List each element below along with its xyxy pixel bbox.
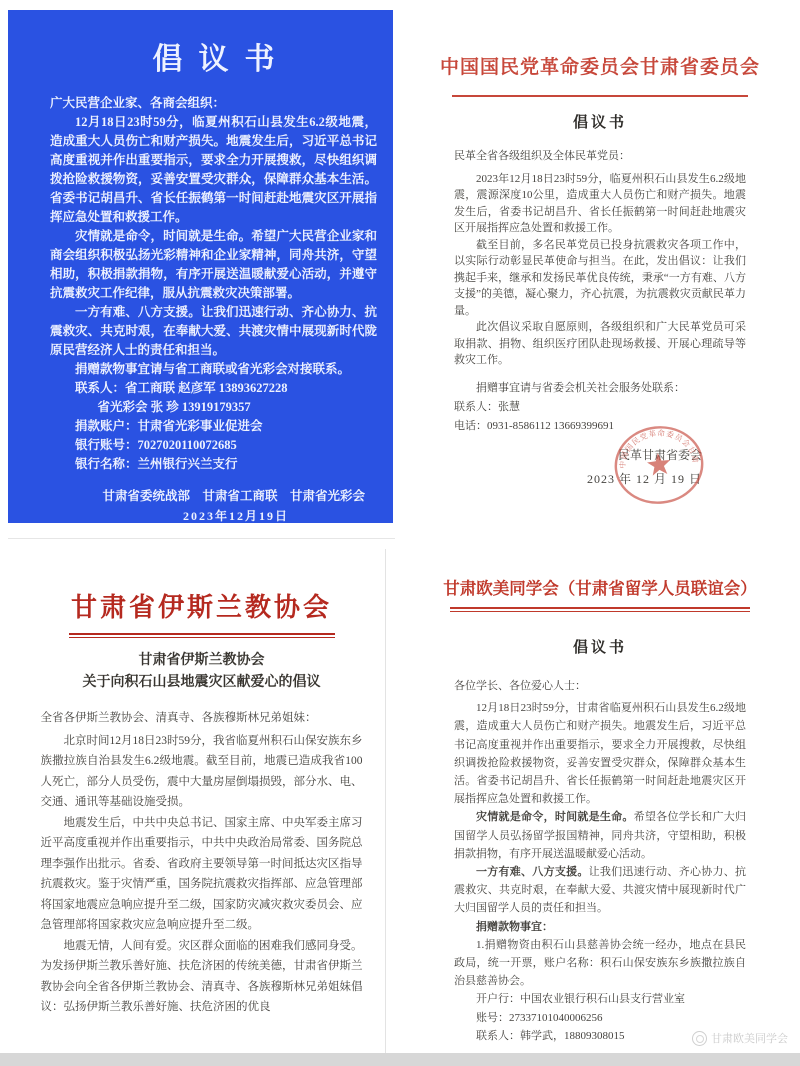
paragraph: 截至目前，多名民革党员已投身抗震救灾各项工作中，以实际行动彰显民革使命与担当。在… bbox=[454, 237, 746, 320]
paragraph: 此次倡议采取自愿原则，各级组织和广大民革党员可采取捐款、捐物、组织医疗团队赴现场… bbox=[454, 319, 746, 369]
contact-line: 省光彩会 张 珍 13919179357 bbox=[50, 398, 377, 417]
doc1-body: 广大民营企业家、各商会组织： 12月18日23时59分，临夏州积石山县发生6.2… bbox=[50, 94, 377, 474]
paragraph: 12月18日23时59分，临夏州积石山县发生6.2级地震，造成重大人员伤亡和财产… bbox=[50, 113, 377, 227]
paragraph-text: 1.捐赠物资由积石山县慈善协会统一经办，地点在县民政局，统一开票，账户名称：积石… bbox=[454, 939, 746, 987]
paragraph: 2023年12月18日23时59分，临夏州积石山县发生6.2级地震，震源深度10… bbox=[454, 171, 746, 237]
account-line: 账号：27337101040006256 bbox=[454, 1009, 746, 1027]
doc-oumei-letter: 甘肃欧美同学会（甘肃省留学人员联谊会） 倡议书 各位学长、各位爱心人士： 12月… bbox=[400, 533, 800, 1066]
doc3-salutation: 全省各伊斯兰教协会、清真寺、各族穆斯林兄弟姐妹： bbox=[41, 708, 363, 729]
doc3-title-line2: 关于向积石山县地震灾区献爱心的倡议 bbox=[8, 672, 395, 694]
doc1-title: 倡议书 bbox=[50, 34, 377, 78]
contact-line: 捐款账户：甘肃省光彩事业促进会 bbox=[50, 417, 377, 436]
paragraph-text: 12月18日23时59分，临夏州积石山县发生6.2级地震，造成重大人员伤亡和财产… bbox=[50, 115, 377, 224]
paragraph: 灾情就是命令，时间就是生命。希望各位学长和广大归国留学人员弘扬留学报国精神，同舟… bbox=[454, 808, 746, 863]
doc4-title: 倡议书 bbox=[400, 636, 800, 657]
paragraph-text: 捐赠款物事宜请与省工商联或省光彩会对接联系。 bbox=[75, 362, 350, 376]
paragraph-text: 北京时间12月18日23时59分，我省临夏州积石山保安族东乡族撒拉族自治县发生6… bbox=[41, 735, 363, 809]
bold-lead: 灾情就是命令，时间就是生命。 bbox=[476, 811, 634, 823]
doc2-letterhead: 中国国民党革命委员会甘肃省委员会 bbox=[400, 52, 800, 79]
seal-star-icon bbox=[646, 452, 671, 476]
doc1-date: 2023年12月19日 bbox=[50, 507, 377, 524]
doc3-title-line1: 甘肃省伊斯兰教协会 bbox=[8, 650, 395, 672]
four-proposal-documents: 倡议书 广大民营企业家、各商会组织： 12月18日23时59分，临夏州积石山县发… bbox=[0, 0, 800, 1066]
doc1-salutation: 广大民营企业家、各商会组织： bbox=[50, 94, 377, 113]
doc3-letterhead: 甘肃省伊斯兰教协会 bbox=[8, 587, 395, 624]
bank-line: 开户行：中国农业银行积石山县支行营业室 bbox=[454, 990, 746, 1008]
paragraph: 地震发生后，中共中央总书记、国家主席、中央军委主席习近平高度重视并作出重要指示，… bbox=[41, 813, 363, 936]
donation-note: 捐赠事宜请与省委会机关社会服务处联系： bbox=[454, 379, 746, 398]
donate-heading-text: 捐赠款物事宜： bbox=[476, 921, 553, 933]
paragraph: 捐赠款物事宜请与省工商联或省光彩会对接联系。 bbox=[50, 360, 377, 379]
oumei-logo-icon bbox=[692, 1031, 707, 1046]
donate-heading: 捐赠款物事宜： bbox=[454, 918, 746, 936]
doc4-letterhead: 甘肃欧美同学会（甘肃省留学人员联谊会） bbox=[400, 575, 800, 599]
paragraph-text: 地震无情，人间有爱。灾区群众面临的困难我们感同身受。为发扬伊斯兰教乐善好施、扶危… bbox=[41, 940, 363, 1014]
doc4-header-rule bbox=[450, 607, 750, 612]
doc2-header-rule bbox=[452, 95, 748, 97]
doc2-title: 倡议书 bbox=[400, 111, 800, 132]
contact-line: 联系人：省工商联 赵彦军 13893627228 bbox=[50, 379, 377, 398]
doc-minge-letter: 中国国民党革命委员会甘肃省委员会 倡议书 民革全省各级组织及全体民革党员： 20… bbox=[400, 0, 800, 533]
doc-minying-poster: 倡议书 广大民营企业家、各商会组织： 12月18日23时59分，临夏州积石山县发… bbox=[8, 10, 393, 523]
paragraph: 一方有难、八方支援。让我们迅速行动、齐心协力、抗震救灾、共克时艰，在奉献大爱、共… bbox=[50, 303, 377, 360]
paragraph-text: 此次倡议采取自愿原则，各级组织和广大民革党员可采取捐款、捐物、组织医疗团队赴现场… bbox=[454, 321, 746, 366]
doc4-watermark: 甘肃欧美同学会 bbox=[692, 1030, 788, 1046]
bottom-grey-strip bbox=[0, 1053, 800, 1066]
paragraph: 北京时间12月18日23时59分，我省临夏州积石山保安族东乡族撒拉族自治县发生6… bbox=[41, 731, 363, 813]
bold-lead: 一方有难、八方支援。 bbox=[75, 305, 201, 319]
doc2-salutation: 民革全省各级组织及全体民革党员： bbox=[454, 148, 746, 165]
doc1-signature: 甘肃省委统战部 甘肃省工商联 甘肃省光彩会 bbox=[50, 486, 377, 504]
doc3-header-rule bbox=[69, 633, 335, 638]
doc-yisilan-letter: 甘肃省伊斯兰教协会 甘肃省伊斯兰教协会 关于向积石山县地震灾区献爱心的倡议 全省… bbox=[8, 538, 395, 1066]
contact-line: 联系人：张慧 bbox=[454, 398, 746, 417]
contact-line: 银行名称：兰州银行兴兰支行 bbox=[50, 455, 377, 474]
bold-lead: 灾情就是命令，时间就是生命。 bbox=[75, 229, 251, 243]
paragraph: 一方有难、八方支援。让我们迅速行动、齐心协力、抗震救灾、共克时艰，在奉献大爱、共… bbox=[454, 863, 746, 918]
paragraph-text: 截至目前，多名民革党员已投身抗震救灾各项工作中，以实际行动彰显民革使命与担当。在… bbox=[454, 239, 746, 317]
paragraph-text: 2023年12月18日23时59分，临夏州积石山县发生6.2级地震，震源深度10… bbox=[454, 173, 746, 235]
doc4-salutation: 各位学长、各位爱心人士： bbox=[454, 677, 746, 695]
doc4-body: 各位学长、各位爱心人士： 12月18日23时59分，甘肃省临夏州积石山县发生6.… bbox=[454, 677, 746, 1045]
doc2-body: 民革全省各级组织及全体民革党员： 2023年12月18日23时59分，临夏州积石… bbox=[454, 148, 746, 369]
donate-item: 1.捐赠物资由积石山县慈善协会统一经办，地点在县民政局，统一开票，账户名称：积石… bbox=[454, 936, 746, 991]
paragraph: 12月18日23时59分，甘肃省临夏州积石山县发生6.2级地震，造成重大人员伤亡… bbox=[454, 699, 746, 808]
watermark-text: 甘肃欧美同学会 bbox=[711, 1030, 788, 1046]
paragraph-text: 12月18日23时59分，甘肃省临夏州积石山县发生6.2级地震，造成重大人员伤亡… bbox=[454, 702, 746, 805]
red-seal-icon: 中国国民党革命委员会甘肃省委员会 bbox=[608, 417, 710, 512]
bold-lead: 一方有难、八方支援。 bbox=[476, 866, 589, 878]
doc1-contact-block: 联系人：省工商联 赵彦军 13893627228 省光彩会 张 珍 139191… bbox=[50, 379, 377, 474]
scan-page-edge bbox=[385, 549, 386, 1066]
paragraph: 地震无情，人间有爱。灾区群众面临的困难我们感同身受。为发扬伊斯兰教乐善好施、扶危… bbox=[41, 936, 363, 1018]
doc3-body: 全省各伊斯兰教协会、清真寺、各族穆斯林兄弟姐妹： 北京时间12月18日23时59… bbox=[41, 708, 363, 1018]
contact-line: 银行账号：7027020110072685 bbox=[50, 436, 377, 455]
paragraph-text: 地震发生后，中共中央总书记、国家主席、中央军委主席习近平高度重视并作出重要指示，… bbox=[41, 817, 363, 932]
paragraph: 灾情就是命令，时间就是生命。希望广大民营企业家和商会组织积极弘扬光彩精神和企业家… bbox=[50, 227, 377, 303]
